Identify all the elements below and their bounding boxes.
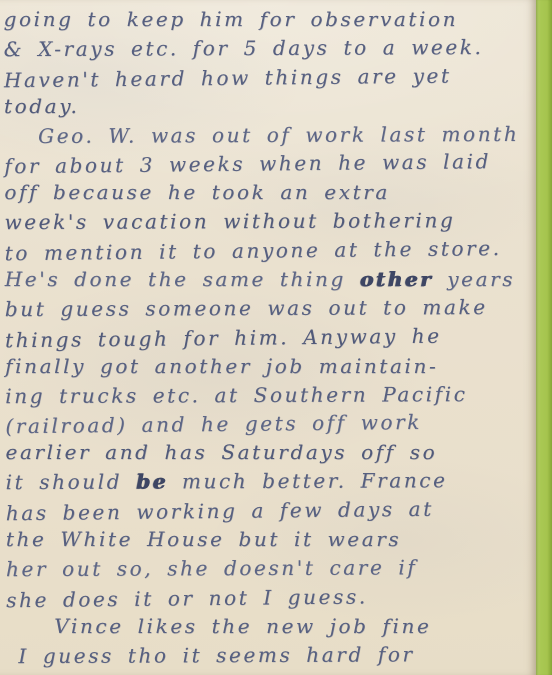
handwritten-line: going to keep him for observation (2, 5, 531, 34)
handwritten-line: Vince likes the new job fine (4, 612, 533, 641)
handwritten-segment: things tough for him. Anyway he (5, 323, 442, 352)
handwritten-line: I guess tho it seems hard for (4, 639, 533, 670)
handwritten-line: it should be much better. France (4, 466, 533, 497)
handwritten-line: Geo. W. was out of work last month (2, 119, 531, 150)
handwritten-segment: ing trucks etc. at Southern Pacific (5, 382, 467, 408)
handwritten-segment: I guess tho it seems hard for (18, 642, 414, 668)
handwritten-segment: He's done the same thing (5, 267, 360, 291)
handwritten-segment: going to keep him for observation (4, 7, 459, 31)
handwritten-line: He's done the same thing other years (3, 265, 532, 294)
overwritten-word: other (360, 267, 433, 291)
handwritten-line: the White House but it wears (4, 525, 533, 554)
handwritten-segment: Geo. W. was out of work last month (38, 121, 519, 147)
handwritten-segment: Vince likes the new job fine (54, 614, 431, 638)
handwritten-line: to mention it to anyone at the store. (2, 234, 531, 268)
handwritten-line: things tough for him. Anyway he (3, 321, 532, 355)
handwritten-segment: she does it or not I guess. (6, 584, 368, 612)
handwritten-segment: earlier and has Saturdays off so (6, 440, 438, 464)
handwritten-line: week's vacation without bothering (2, 206, 531, 237)
handwritten-segment: to mention it to anyone at the store. (5, 236, 502, 265)
handwritten-segment: for about 3 weeks when he was laid (4, 150, 491, 179)
handwritten-segment: today. (4, 94, 79, 118)
book-edge-stripe (536, 0, 552, 675)
handwritten-segment: it should (6, 470, 137, 495)
handwritten-line: finally got another job maintain- (3, 352, 532, 381)
handwritten-segment: (railroad) and he gets off work (5, 410, 422, 438)
handwritten-segment: week's vacation without bothering (4, 208, 455, 234)
handwritten-line: she does it or not I guess. (4, 581, 533, 615)
letter-text: going to keep him for observation& X-ray… (2, 4, 534, 671)
handwritten-line: her out so, she doesn't care if (4, 553, 533, 584)
handwritten-segment: & X-rays etc. for 5 days to a week. (4, 35, 484, 61)
handwritten-line: Haven't heard how things are yet (2, 61, 531, 95)
handwritten-line: has been working a few days at (4, 494, 533, 528)
handwritten-line: & X-rays etc. for 5 days to a week. (2, 33, 531, 64)
handwritten-segment: finally got another job maintain- (5, 354, 438, 378)
letter-photo: going to keep him for observation& X-ray… (0, 0, 552, 675)
handwritten-segment: Haven't heard how things are yet (4, 63, 452, 92)
handwritten-line: earlier and has Saturdays off so (4, 438, 533, 467)
handwritten-line: (railroad) and he gets off work (3, 407, 532, 441)
handwritten-segment: her out so, she doesn't care if (6, 555, 417, 581)
handwritten-line: but guess someone was out to make (3, 293, 532, 324)
handwritten-segment: has been working a few days at (6, 497, 434, 525)
handwritten-line: off because he took an extra (2, 178, 531, 207)
handwritten-segment: but guess someone was out to make (5, 295, 488, 321)
handwritten-line: for about 3 weeks when he was laid (2, 147, 531, 181)
handwritten-segment: off because he took an extra (4, 180, 390, 204)
handwritten-line: today. (2, 92, 531, 121)
handwritten-line: ing trucks etc. at Southern Pacific (3, 379, 532, 410)
handwritten-segment: much better. France (168, 468, 448, 493)
overwritten-word: be (136, 470, 168, 494)
handwritten-segment: years (433, 267, 515, 291)
handwritten-segment: the White House but it wears (6, 527, 401, 551)
